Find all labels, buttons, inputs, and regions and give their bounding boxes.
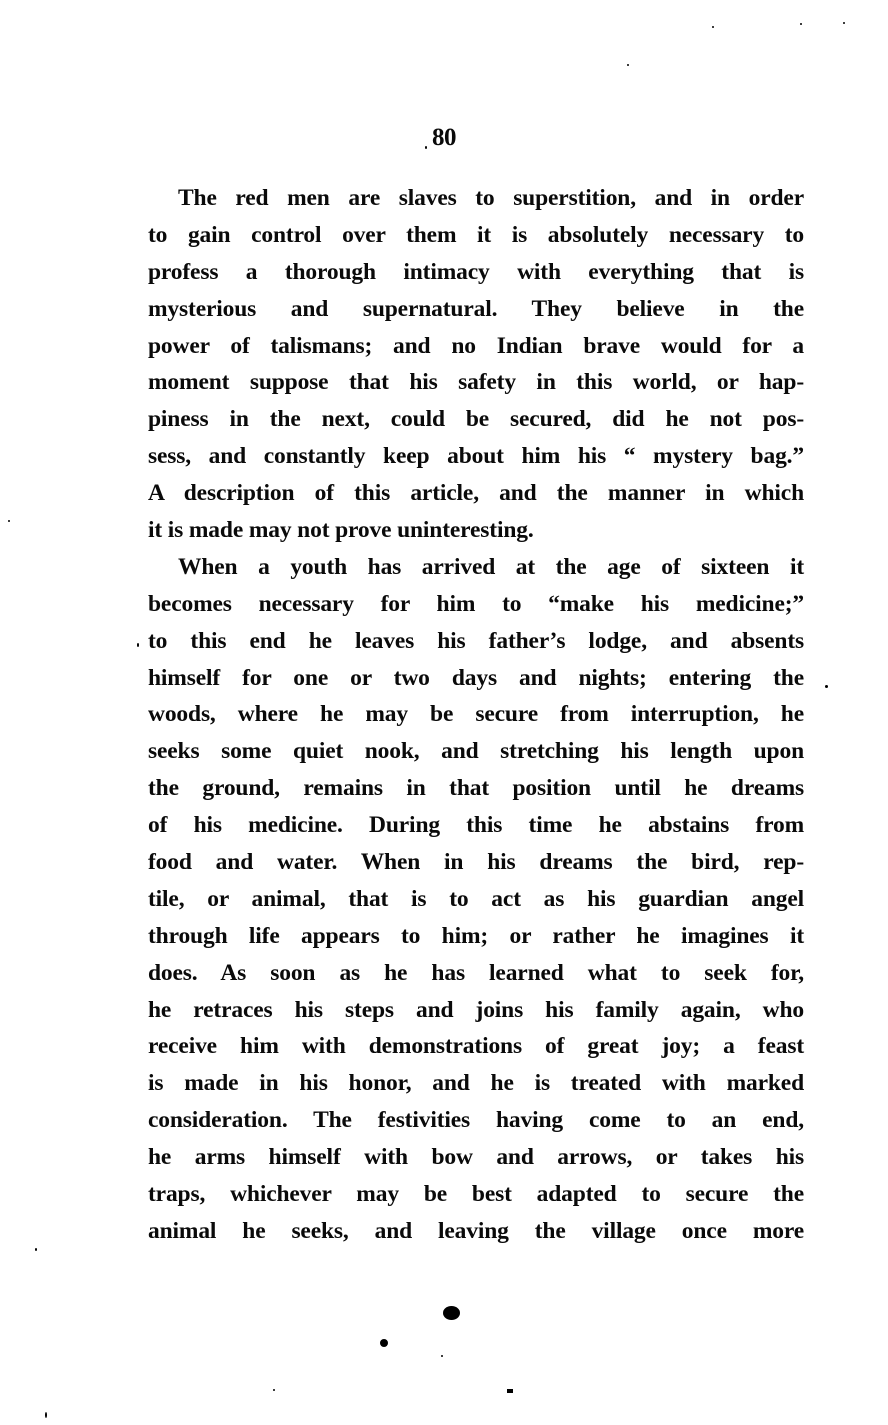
text-line: seeks some quiet nook, and stretching hi… xyxy=(148,733,804,770)
text-line: the ground, remains in that position unt… xyxy=(148,770,804,807)
ink-speck xyxy=(425,146,427,149)
text-line: profess a thorough intimacy with everyth… xyxy=(148,254,804,291)
paragraph-1: The red men are slaves to superstition, … xyxy=(148,180,804,549)
text-line: he retraces his steps and joins his fami… xyxy=(148,992,804,1029)
ink-speck xyxy=(137,643,139,647)
ink-speck xyxy=(507,1389,513,1393)
ink-speck xyxy=(712,26,714,28)
ink-speck xyxy=(800,23,802,25)
text-line: tile, or animal, that is to act as his g… xyxy=(148,881,804,918)
page-number: 80 xyxy=(0,124,888,152)
ink-speck xyxy=(843,22,845,24)
text-line: food and water. When in his dreams the b… xyxy=(148,844,804,881)
text-line: of his medicine. During this time he abs… xyxy=(148,807,804,844)
text-line: he arms himself with bow and arrows, or … xyxy=(148,1139,804,1176)
text-line: traps, whichever may be best adapted to … xyxy=(148,1176,804,1213)
text-line: woods, where he may be secure from inter… xyxy=(148,696,804,733)
paragraph-2: When a youth has arrived at the age of s… xyxy=(148,549,804,1250)
text-line: becomes necessary for him to “make his m… xyxy=(148,586,804,623)
text-line: piness in the next, could be secured, di… xyxy=(148,401,804,438)
body-text: The red men are slaves to superstition, … xyxy=(148,180,804,1250)
ink-speck xyxy=(825,685,828,688)
ink-speck xyxy=(627,64,629,66)
text-line: The red men are slaves to superstition, … xyxy=(148,180,804,217)
text-line: A description of this article, and the m… xyxy=(148,475,804,512)
text-line: moment suppose that his safety in this w… xyxy=(148,364,804,401)
text-line: mysterious and supernatural. They believ… xyxy=(148,291,804,328)
ink-speck xyxy=(441,1355,443,1357)
ink-speck xyxy=(273,1389,275,1391)
text-line: When a youth has arrived at the age of s… xyxy=(148,549,804,586)
text-line: sess, and constantly keep about him his … xyxy=(148,438,804,475)
ink-speck xyxy=(380,1339,388,1347)
ink-speck xyxy=(35,1248,37,1251)
text-line: consideration. The festivities having co… xyxy=(148,1102,804,1139)
text-line: animal he seeks, and leaving the village… xyxy=(148,1213,804,1250)
text-line: himself for one or two days and nights; … xyxy=(148,660,804,697)
text-line: it is made may not prove uninteresting. xyxy=(148,512,804,549)
ink-speck xyxy=(45,1412,47,1418)
ink-speck xyxy=(8,520,10,522)
text-line: receive him with demonstrations of great… xyxy=(148,1028,804,1065)
text-line: to this end he leaves his father’s lodge… xyxy=(148,623,804,660)
text-line: does. As soon as he has learned what to … xyxy=(148,955,804,992)
text-line: through life appears to him; or rather h… xyxy=(148,918,804,955)
text-line: to gain control over them it is absolute… xyxy=(148,217,804,254)
text-line: power of talismans; and no Indian brave … xyxy=(148,328,804,365)
ink-speck xyxy=(443,1306,460,1320)
text-line: is made in his honor, and he is treated … xyxy=(148,1065,804,1102)
